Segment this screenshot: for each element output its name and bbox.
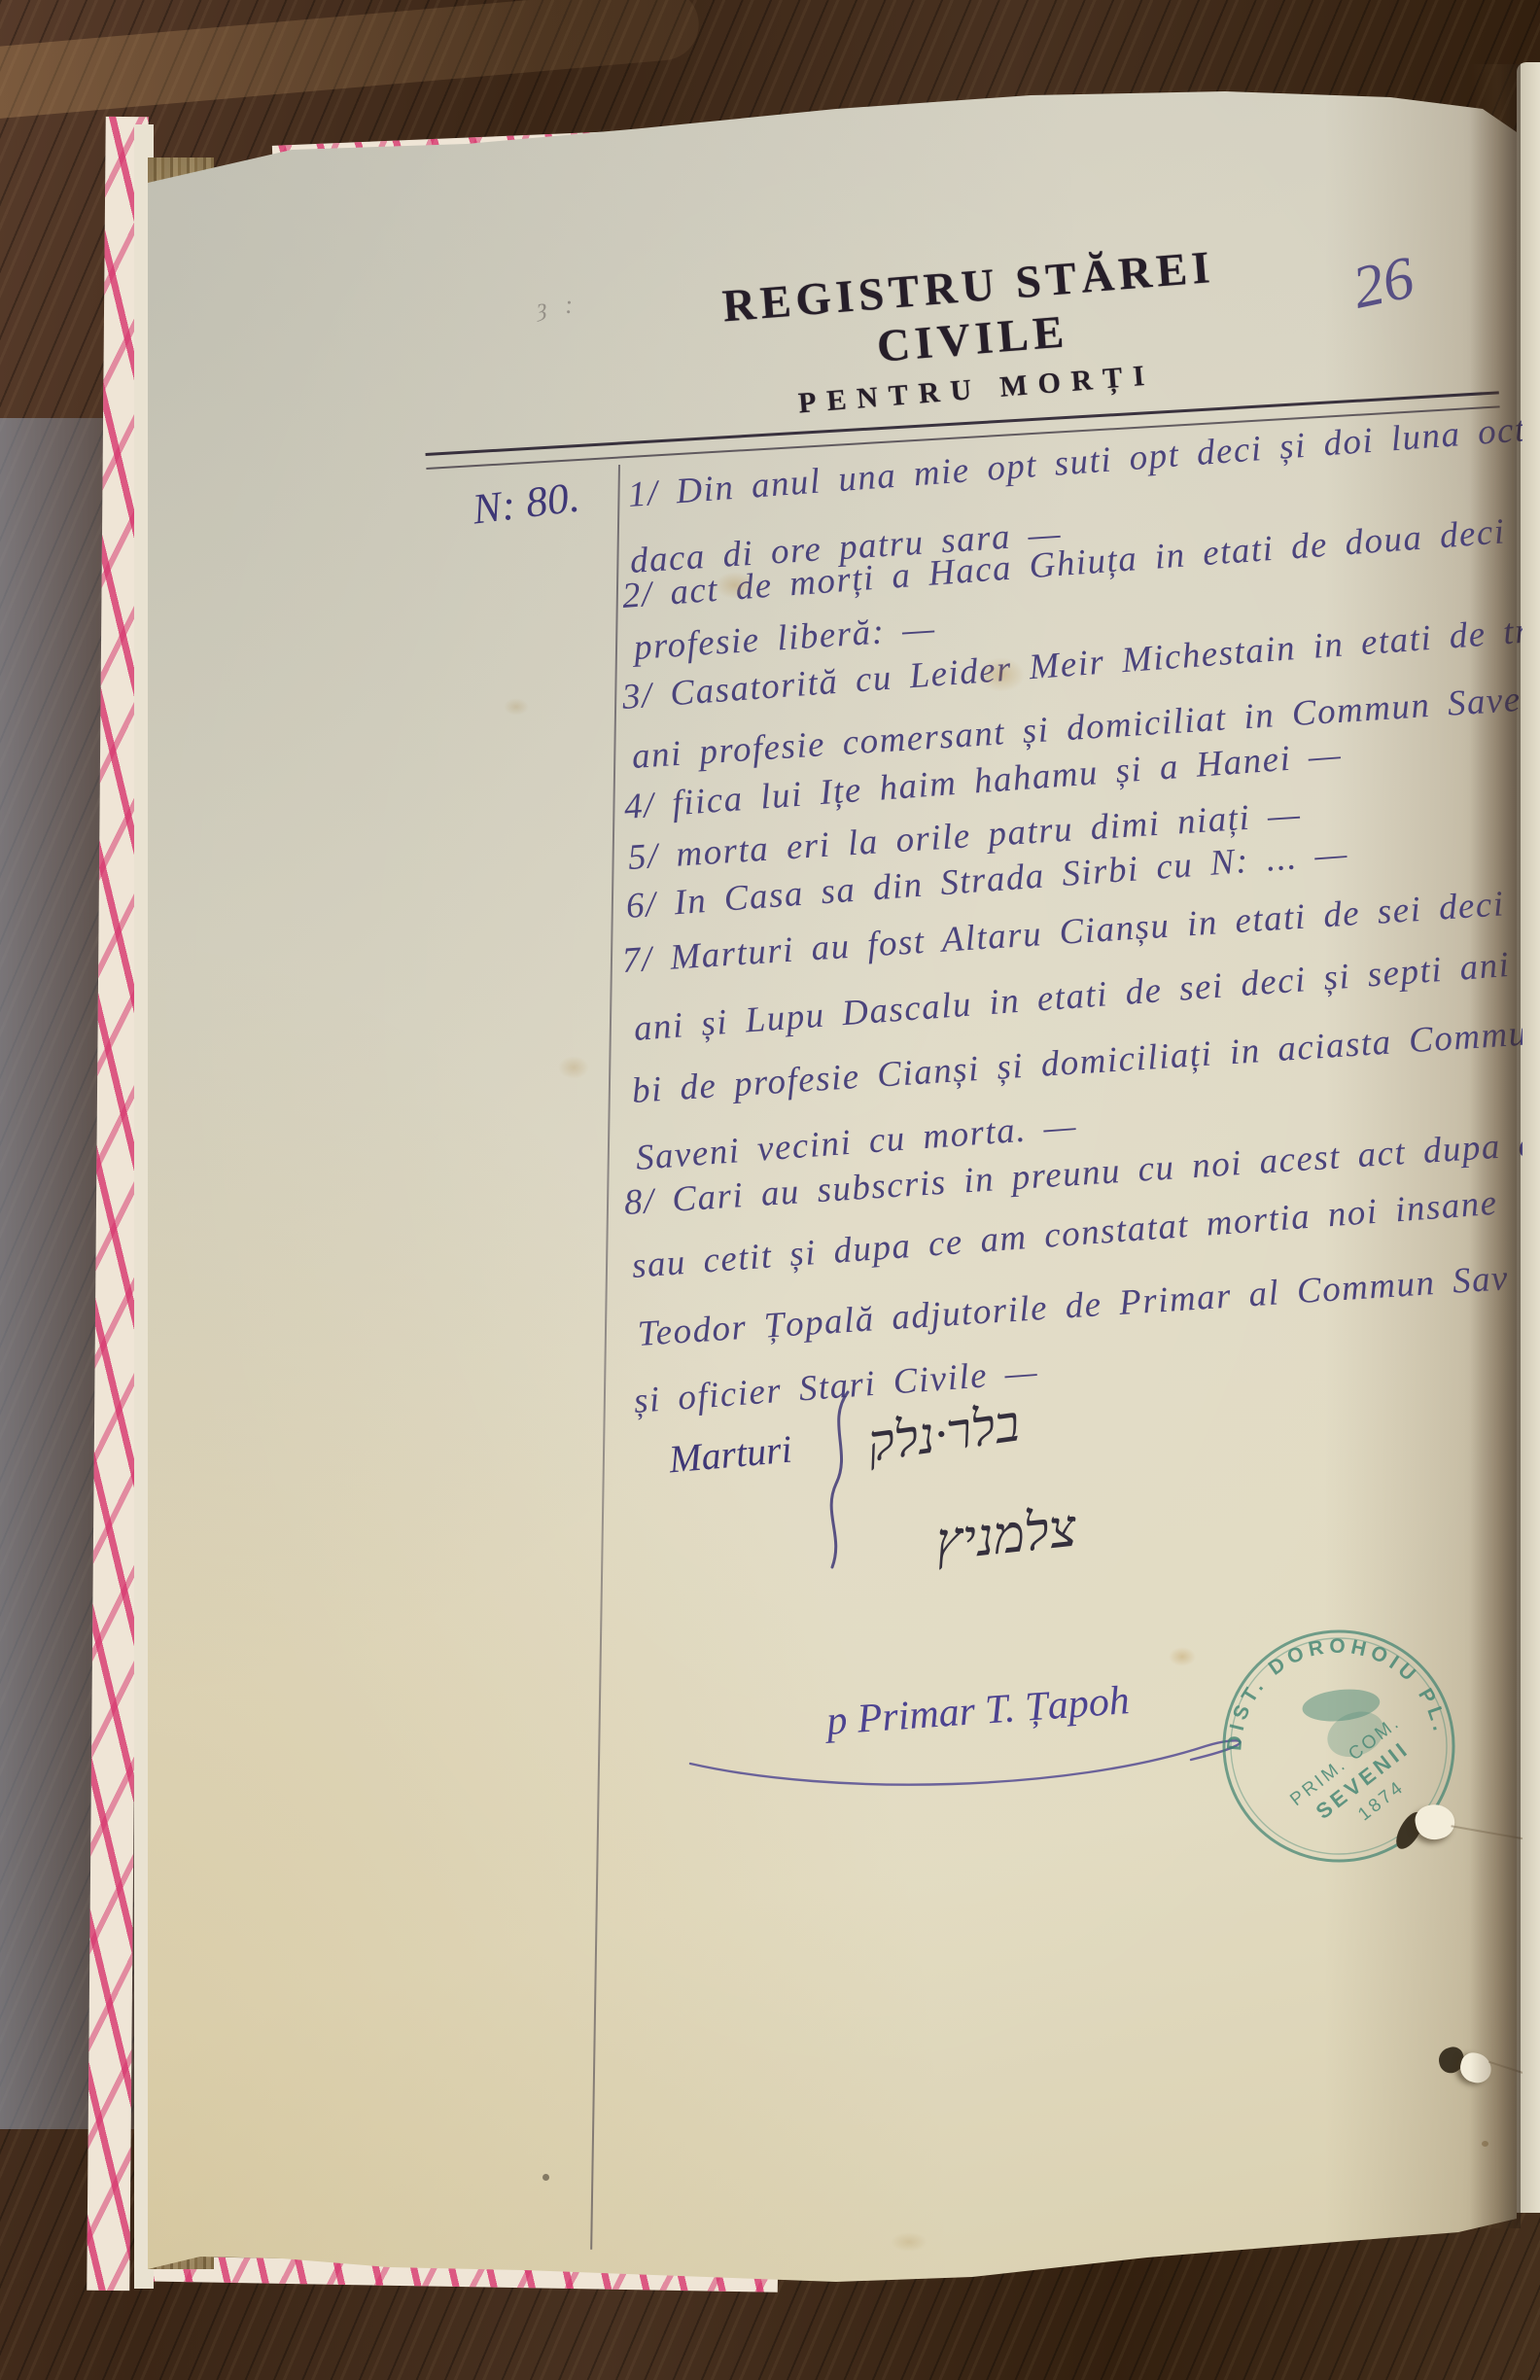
margin-rule-line — [590, 465, 620, 2250]
witness-brace — [819, 1388, 861, 1573]
corner-page-number: 26 — [1347, 243, 1419, 323]
witness-label: Marturi — [667, 1426, 793, 1483]
witness-signature-hebrew-2: צלמניץ — [932, 1498, 1079, 1573]
ink-speck — [542, 2174, 549, 2181]
paper-stain — [1169, 1647, 1196, 1666]
paper-stain — [504, 698, 529, 716]
photo-of-register-page: REGISTRU STĂREI CIVILE PENTRU MORȚI ȝ : … — [0, 0, 1540, 2380]
witness-signature-hebrew-1: בלר·נלק — [864, 1395, 1024, 1473]
printed-header: REGISTRU STĂREI CIVILE PENTRU MORȚI — [637, 234, 1308, 433]
paper-stain — [558, 1056, 589, 1079]
page-content: REGISTRU STĂREI CIVILE PENTRU MORȚI ȝ : … — [0, 0, 1522, 2380]
act-number: N: 80. — [470, 472, 581, 534]
paper-stain — [715, 572, 755, 599]
paper-stain — [891, 2232, 927, 2252]
margin-smudge-mark: ȝ : — [536, 290, 580, 323]
commune-stamp: DIST. DOROHOIU PL. PRIM. COM. SEVENII 18… — [1200, 1607, 1478, 1885]
gutter-shadow — [1470, 64, 1521, 2228]
paper-stain — [978, 657, 1025, 692]
